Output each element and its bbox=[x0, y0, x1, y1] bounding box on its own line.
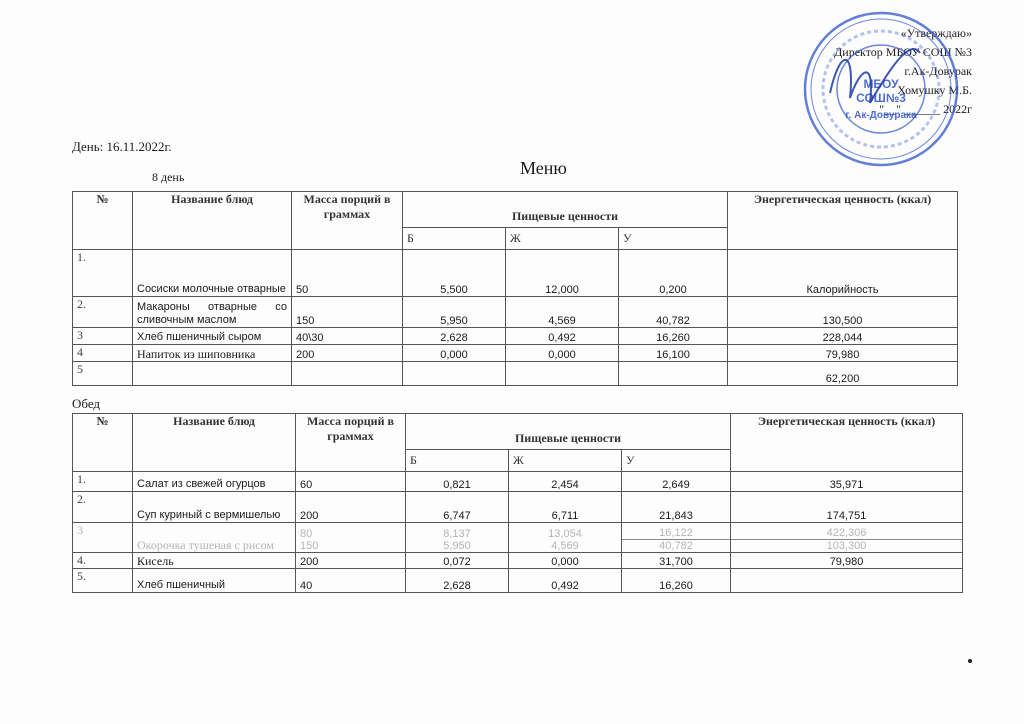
stamp-seal-icon: МБОУ СОШ№3 г. Ак-Довурака bbox=[800, 8, 962, 170]
energy-value: 79,980 bbox=[728, 345, 958, 362]
dish-mass: 150 bbox=[292, 297, 403, 328]
fat-value: 0,492 bbox=[509, 569, 622, 593]
energy-value: Калорийность bbox=[728, 250, 958, 297]
dish-name: Хлеб пшеничный сыром bbox=[133, 328, 292, 345]
dish-name: Макароны отварные со сливочным маслом bbox=[133, 297, 292, 328]
dish-name: Салат из свежей огурцов bbox=[133, 472, 296, 492]
row-no: 1. bbox=[73, 250, 133, 297]
carbs-part: 16,122 bbox=[622, 527, 730, 539]
table-row: 4 Напиток из шиповника 200 0,000 0,000 1… bbox=[73, 345, 958, 362]
dish-mass: 200 bbox=[296, 492, 406, 523]
day-date-label: День: 16.11.2022г. bbox=[72, 139, 172, 155]
protein-value bbox=[403, 362, 506, 386]
energy-value: 79,980 bbox=[731, 553, 963, 569]
protein-value: 0,000 bbox=[403, 345, 506, 362]
table-row: 1. Сосиски молочные отварные 50 5,500 12… bbox=[73, 250, 958, 297]
row-no: 3 bbox=[73, 328, 133, 345]
dish-mass: 50 bbox=[292, 250, 403, 297]
protein-value: 0,072 bbox=[406, 553, 509, 569]
dish-mass: 60 bbox=[296, 472, 406, 492]
protein-value: 6,747 bbox=[406, 492, 509, 523]
fat-value: 0,492 bbox=[506, 328, 619, 345]
energy-part: 103,300 bbox=[731, 539, 962, 552]
svg-text:СОШ№3: СОШ№3 bbox=[856, 91, 906, 105]
scan-speck bbox=[968, 659, 972, 663]
col-header-name: Название блюд bbox=[133, 414, 296, 472]
protein-value: 2,628 bbox=[403, 328, 506, 345]
row-no: 4 bbox=[73, 345, 133, 362]
fat-value: 4,569 bbox=[506, 297, 619, 328]
fat-part: 13,054 bbox=[509, 528, 621, 540]
dish-mass: 40 bbox=[296, 569, 406, 593]
col-header-nutrition: Пищевые ценности bbox=[403, 192, 728, 228]
dish-mass bbox=[292, 362, 403, 386]
dish-mass: 80150 bbox=[296, 523, 406, 553]
col-header-carbs: У bbox=[619, 228, 728, 250]
table-row: 3 Хлеб пшеничный сыром 40\30 2,628 0,492… bbox=[73, 328, 958, 345]
fat-value: 12,000 bbox=[506, 250, 619, 297]
carbs-part: 40,782 bbox=[622, 539, 730, 552]
dish-mass: 40\30 bbox=[292, 328, 403, 345]
col-header-fat: Ж bbox=[506, 228, 619, 250]
row-no: 5. bbox=[73, 569, 133, 593]
table-row: 2. Макароны отварные со сливочным маслом… bbox=[73, 297, 958, 328]
protein-part: 8,137 bbox=[406, 528, 508, 540]
mass-part: 80 bbox=[296, 528, 405, 540]
dish-name: Сосиски молочные отварные bbox=[133, 250, 292, 297]
fat-value: 2,454 bbox=[509, 472, 622, 492]
carbs-value: 16,260 bbox=[622, 569, 731, 593]
dish-name: Суп куриный с вермишелью bbox=[133, 492, 296, 523]
protein-value: 5,500 bbox=[403, 250, 506, 297]
protein-value: 0,821 bbox=[406, 472, 509, 492]
col-header-protein: Б bbox=[403, 228, 506, 250]
col-header-mass: Масса порций в граммах bbox=[292, 192, 403, 250]
col-header-energy: Энергетическая ценность (ккал) bbox=[731, 414, 963, 472]
energy-value: 35,971 bbox=[731, 472, 963, 492]
carbs-value: 31,700 bbox=[622, 553, 731, 569]
dish-name bbox=[133, 362, 292, 386]
table-row: 4. Кисель 200 0,072 0,000 31,700 79,980 bbox=[73, 553, 963, 569]
col-header-carbs: У bbox=[622, 450, 731, 472]
energy-value: 422,306103,300 bbox=[731, 523, 963, 553]
col-header-name: Название блюд bbox=[133, 192, 292, 250]
day-number-label: 8 день bbox=[152, 170, 184, 185]
energy-value: 228,044 bbox=[728, 328, 958, 345]
col-header-mass: Масса порций в граммах bbox=[296, 414, 406, 472]
fat-value: 0,000 bbox=[506, 345, 619, 362]
fat-part: 4,569 bbox=[509, 540, 621, 552]
carbs-value: 40,782 bbox=[619, 297, 728, 328]
table-row: 5 62,200 bbox=[73, 362, 958, 386]
table-row: 1. Салат из свежей огурцов 60 0,821 2,45… bbox=[73, 472, 963, 492]
lunch-table: № Название блюд Масса порций в граммах П… bbox=[72, 413, 963, 593]
protein-part: 5,950 bbox=[406, 540, 508, 552]
energy-value bbox=[731, 569, 963, 593]
carbs-value bbox=[619, 362, 728, 386]
fat-value bbox=[506, 362, 619, 386]
svg-text:г. Ак-Довурака: г. Ак-Довурака bbox=[845, 110, 917, 121]
energy-value: 174,751 bbox=[731, 492, 963, 523]
mass-part: 150 bbox=[296, 540, 405, 552]
table-row: 2. Суп куриный с вермишелью 200 6,747 6,… bbox=[73, 492, 963, 523]
row-no: 4. bbox=[73, 553, 133, 569]
table-row: 5. Хлеб пшеничный 40 2,628 0,492 16,260 bbox=[73, 569, 963, 593]
dish-name: Окорочка тушеная с рисом bbox=[133, 523, 296, 553]
energy-value: 130,500 bbox=[728, 297, 958, 328]
col-header-nutrition: Пищевые ценности bbox=[406, 414, 731, 450]
lunch-section-label: Обед bbox=[72, 396, 100, 412]
dish-name: Напиток из шиповника bbox=[133, 345, 292, 362]
carbs-value: 0,200 bbox=[619, 250, 728, 297]
row-no: 2. bbox=[73, 297, 133, 328]
fat-value: 13,0544,569 bbox=[509, 523, 622, 553]
protein-value: 5,950 bbox=[403, 297, 506, 328]
carbs-value: 2,649 bbox=[622, 472, 731, 492]
dish-mass: 200 bbox=[296, 553, 406, 569]
page-title: Меню bbox=[520, 158, 567, 179]
protein-value: 8,1375,950 bbox=[406, 523, 509, 553]
dish-name: Хлеб пшеничный bbox=[133, 569, 296, 593]
carbs-value: 16,260 bbox=[619, 328, 728, 345]
energy-value: 62,200 bbox=[728, 362, 958, 386]
col-header-no: № bbox=[73, 414, 133, 472]
col-header-protein: Б bbox=[406, 450, 509, 472]
energy-part: 422,306 bbox=[731, 527, 962, 539]
row-no: 5 bbox=[73, 362, 133, 386]
fat-value: 6,711 bbox=[509, 492, 622, 523]
row-no: 2. bbox=[73, 492, 133, 523]
dish-mass: 200 bbox=[292, 345, 403, 362]
protein-value: 2,628 bbox=[406, 569, 509, 593]
col-header-fat: Ж bbox=[509, 450, 622, 472]
table-row: 3 Окорочка тушеная с рисом 80150 8,1375,… bbox=[73, 523, 963, 553]
carbs-value: 21,843 bbox=[622, 492, 731, 523]
carbs-value: 16,12240,782 bbox=[622, 523, 731, 553]
carbs-value: 16,100 bbox=[619, 345, 728, 362]
breakfast-table: № Название блюд Масса порций в граммах П… bbox=[72, 191, 958, 386]
col-header-energy: Энергетическая ценность (ккал) bbox=[728, 192, 958, 250]
dish-name: Кисель bbox=[133, 553, 296, 569]
col-header-no: № bbox=[73, 192, 133, 250]
row-no: 1. bbox=[73, 472, 133, 492]
row-no: 3 bbox=[73, 523, 133, 553]
fat-value: 0,000 bbox=[509, 553, 622, 569]
